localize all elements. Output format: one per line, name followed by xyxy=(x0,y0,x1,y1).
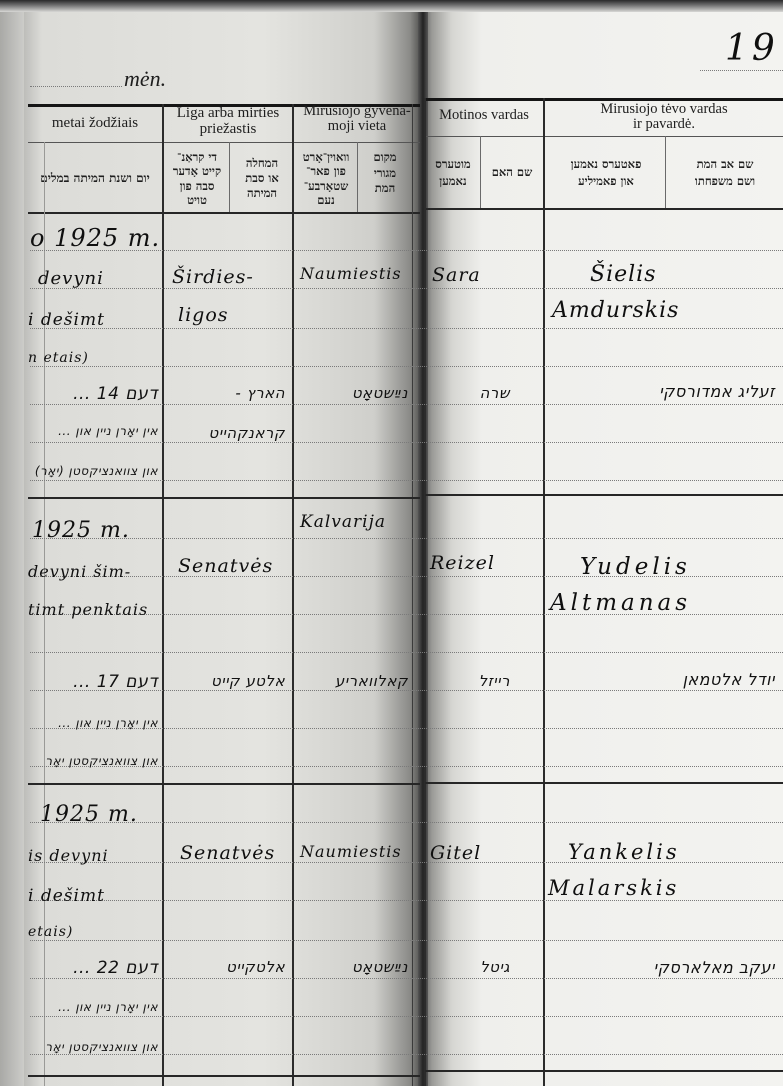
record-date-yiddish: אין יאָרן ניין און ... xyxy=(28,1000,158,1014)
header-mother-col-yi: מוטערס נאמען xyxy=(427,156,479,191)
record-mother-yiddish: גיטל xyxy=(430,958,510,976)
scan-edge-top xyxy=(0,0,783,12)
record-date-line: 1925 m. xyxy=(32,518,130,543)
header-mother-col-lt: Motinos vardas xyxy=(425,108,543,123)
record-cause: Senatvės xyxy=(178,555,273,577)
record-residence-yiddish: נײַשטאָט xyxy=(300,384,408,402)
header-bottom-rule-left xyxy=(28,212,420,214)
col-line-mother-split xyxy=(480,136,481,208)
month-label: mėn. xyxy=(124,66,166,92)
record-mother-yiddish: רייזל xyxy=(430,672,510,690)
record-residence-yiddish: נײַשטאָט xyxy=(300,958,408,976)
record-mother-name: Reizel xyxy=(430,552,495,574)
record-date-yiddish: דעם 22 ... xyxy=(28,958,158,978)
header-residence-col-he: מקום מגורי המת xyxy=(359,150,411,197)
record-father-name: Amdurskis xyxy=(552,298,679,323)
record-separator-3-right xyxy=(425,1070,783,1072)
record-father-name: Altmanas xyxy=(550,590,691,616)
header-cause-col-he: המחלה או סבת המיתה xyxy=(231,156,293,201)
header-bottom-rule-right xyxy=(425,208,783,210)
record-cause: ligos xyxy=(178,304,229,326)
col-line-cause xyxy=(292,104,294,1086)
col-line-date xyxy=(162,104,164,1086)
record-date-line: devyni šim- xyxy=(28,562,131,581)
col-line-father-split xyxy=(665,136,666,208)
record-cause-yiddish: אלטקייט xyxy=(170,958,285,976)
year-dotted-line xyxy=(700,70,783,71)
record-mother-name: Gitel xyxy=(430,842,481,864)
record-date-yiddish: און צוואנציקסטן יאָר xyxy=(28,1040,158,1054)
record-cause: Širdies- xyxy=(172,266,254,288)
record-father-name: Yudelis xyxy=(580,554,691,580)
record-cause-yiddish: קראנקהייט xyxy=(170,424,285,442)
col-line-residence xyxy=(412,104,413,1086)
record-date-line: devyni xyxy=(38,268,104,289)
record-mother-name: Sara xyxy=(432,264,481,286)
header-mother-col-he: שם האם xyxy=(481,166,543,178)
header-father-col-lt: Mirusiojo tėvo vardas ir pavardė. xyxy=(545,102,783,132)
record-separator-3-left xyxy=(28,1075,420,1077)
col-line-mother xyxy=(543,98,545,1086)
record-father-name: Šielis xyxy=(590,262,657,287)
header-date-col-lt: metai žodžiais xyxy=(30,116,160,132)
record-residence: Kalvarija xyxy=(300,512,386,532)
header-father-col-he: שם אב המת ושם משפחתו xyxy=(667,156,783,191)
record-date-yiddish: דעם 14 ... xyxy=(28,384,158,404)
header-father-col-yi: פאטערס נאמען און פאמיליע xyxy=(547,156,665,191)
record-cause-yiddish: הארץ - xyxy=(170,384,285,402)
record-date-yiddish: און צוואנציקסטן יאָר xyxy=(28,754,158,768)
record-cause: Senatvės xyxy=(180,842,275,864)
header-residence-col-yi: וואוין־אָרט פון פאר־ שטאָרבע־ נעם xyxy=(295,150,357,208)
header-cause-lt-line2: priežastis xyxy=(163,122,293,138)
header-cause-lt-line1: Liga arba mirties xyxy=(163,106,293,122)
record-father-yiddish: יעקב מאלארסקי xyxy=(560,958,775,977)
record-cause-yiddish: אלטע קייט xyxy=(170,672,285,690)
month-dotted-line xyxy=(30,86,122,87)
record-date-yiddish: אין יאָרן ניין און ... xyxy=(28,716,158,730)
record-date-line: etais) xyxy=(28,924,73,940)
record-date-yiddish: אין יאָרן ניין און ... xyxy=(28,424,158,438)
col-line-residence-split xyxy=(357,142,358,212)
header-residence-col-lt: Mirusiojo gyvena- moji vieta xyxy=(293,104,421,134)
record-date-yiddish: און צוואנציקסטן (יאָר) xyxy=(28,464,158,478)
record-date-line: o 1925 m. xyxy=(30,224,160,252)
record-date-line: n etais) xyxy=(28,350,89,366)
record-residence-yiddish: קאלוואריע xyxy=(300,672,408,690)
record-date-line: is devyni xyxy=(28,846,109,865)
record-residence: Naumiestis xyxy=(300,842,402,861)
year-prefix: 19 xyxy=(725,28,779,69)
record-date-line: i dešimt xyxy=(28,310,105,330)
header-date-col-he: יום ושנת המיתה במלים xyxy=(30,172,160,185)
record-separator-2-left xyxy=(28,783,420,785)
header-mid-rule-left xyxy=(28,142,420,143)
record-father-name: Yankelis xyxy=(568,840,680,864)
col-line-cause-split xyxy=(229,142,230,212)
record-date-line: timt penktais xyxy=(28,600,148,619)
record-mother-yiddish: שרה xyxy=(430,384,510,402)
record-date-line: 1925 m. xyxy=(40,802,138,827)
record-separator-2-right xyxy=(425,782,783,784)
record-father-yiddish: זעליג אמדורסקי xyxy=(570,382,775,401)
record-residence: Naumiestis xyxy=(300,264,402,283)
record-father-name: Malarskis xyxy=(548,876,679,900)
record-date-yiddish: דעם 17 ... xyxy=(28,672,158,692)
header-cause-col-lt: Liga arba mirties priežastis xyxy=(163,106,293,138)
header-mid-rule-right xyxy=(425,136,783,137)
record-separator-1-left xyxy=(28,497,420,499)
record-father-yiddish: יודל אלטמאן xyxy=(585,670,775,689)
header-cause-col-yi: די קראַנ־ קייט אָדער סבה פון טויט xyxy=(165,150,229,208)
col-line-right-start xyxy=(424,98,426,1086)
scan-edge-left xyxy=(0,12,26,1086)
record-date-line: i dešimt xyxy=(28,886,105,906)
record-separator-1-right xyxy=(425,494,783,496)
